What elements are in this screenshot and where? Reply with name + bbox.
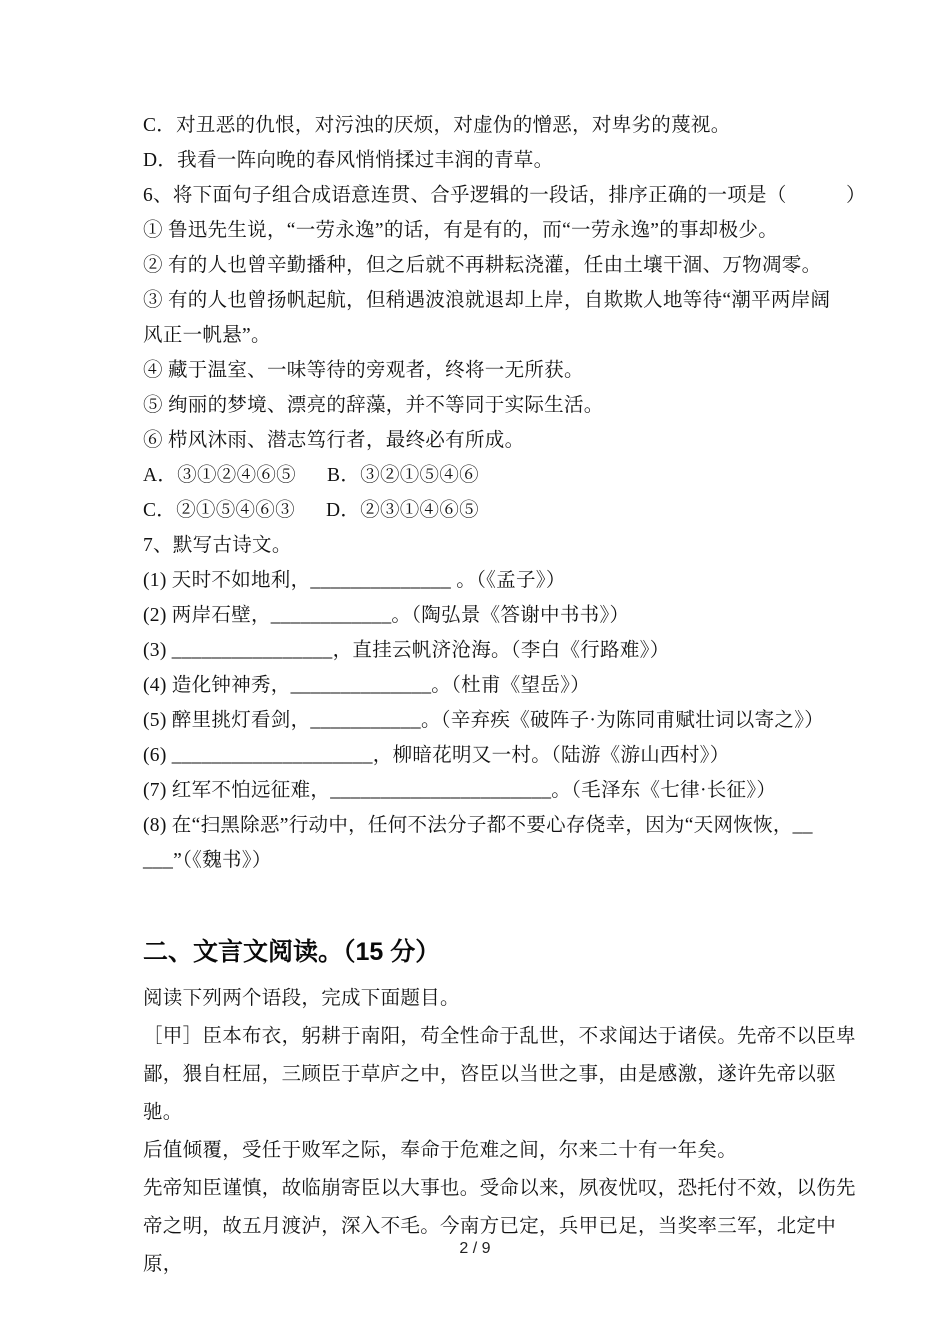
exam-page: C．对丑恶的仇恨，对污浊的厌烦，对虚伪的憎恶，对卑劣的蔑视。D．我看一阵向晚的春… [0, 0, 950, 1344]
q6-item-3-continuation: 风正一帆悬”。 [143, 318, 859, 353]
q7-item-2: (2) 两岸石壁，____________。（陶弘景《答谢中书书》） [143, 598, 859, 633]
q7-item-8-continuation: ___”（《魏书》） [143, 843, 859, 878]
q7-item-3: (3) ________________，直挂云帆济沧海。（李白《行路难》） [143, 633, 859, 668]
passage-jia-line-4: 先帝知臣谨慎，故临崩寄臣以大事也。受命以来，夙夜忧叹，恐托付不效，以伤先 [143, 1170, 859, 1208]
q5-choice-c: C．对丑恶的仇恨，对污浊的厌烦，对虚伪的憎恶，对卑劣的蔑视。 [143, 108, 859, 143]
q7-item-1: (1) 天时不如地利，______________ 。（《孟子》） [143, 563, 859, 598]
passage-jia-line-2: 鄙，猥自枉屈，三顾臣于草庐之中，咨臣以当世之事，由是感激，遂许先帝以驱驰。 [143, 1056, 859, 1132]
q5-choice-d: D．我看一阵向晚的春风悄悄揉过丰润的青草。 [143, 143, 859, 178]
page-footer: 2 / 9 [0, 1240, 950, 1258]
q6-item-4: ④ 藏于温室、一味等待的旁观者，终将一无所获。 [143, 353, 859, 388]
q6-stem: 6、将下面句子组合成语意连贯、合乎逻辑的一段话，排序正确的一项是（ ） [143, 178, 859, 213]
q7-item-4: (4) 造化钟神秀，______________。（杜甫《望岳》） [143, 668, 859, 703]
section-2-intro: 阅读下列两个语段，完成下面题目。 [143, 980, 859, 1018]
q6-item-5: ⑤ 绚丽的梦境、漂亮的辞藻，并不等同于实际生活。 [143, 388, 859, 423]
q6-choices-row-cd: C．②①⑤④⑥③ D．②③①④⑥⑤ [143, 493, 859, 528]
q7-item-6: (6) ____________________，柳暗花明又一村。（陆游《游山西… [143, 738, 859, 773]
page-number: 2 / 9 [459, 1240, 490, 1257]
section-2-heading: 二、文言文阅读。（15 分） [143, 932, 859, 972]
passage-jia-line-1: ［甲］臣本布衣，躬耕于南阳，苟全性命于乱世，不求闻达于诸侯。先帝不以臣卑 [143, 1018, 859, 1056]
passage-jia-line-3: 后值倾覆，受任于败军之际，奉命于危难之间，尔来二十有一年矣。 [143, 1132, 859, 1170]
q7-item-7: (7) 红军不怕远征难，______________________。（毛泽东《… [143, 773, 859, 808]
q6-item-3: ③ 有的人也曾扬帆起航，但稍遇波浪就退却上岸，自欺欺人地等待“潮平两岸阔 [143, 283, 859, 318]
q6-item-6: ⑥ 栉风沐雨、潜志笃行者，最终必有所成。 [143, 423, 859, 458]
q6-choices-row-ab: A．③①②④⑥⑤ B．③②①⑤④⑥ [143, 458, 859, 493]
q7-item-5: (5) 醉里挑灯看剑，___________。（辛弃疾《破阵子·为陈同甫赋壮词以… [143, 703, 859, 738]
q6-item-2: ② 有的人也曾辛勤播种，但之后就不再耕耘浇灌，任由土壤干涸、万物凋零。 [143, 248, 859, 283]
exam-page-content: C．对丑恶的仇恨，对污浊的厌烦，对虚伪的憎恶，对卑劣的蔑视。D．我看一阵向晚的春… [143, 108, 859, 1284]
q7-stem: 7、默写古诗文。 [143, 528, 859, 563]
q6-item-1: ① 鲁迅先生说，“一劳永逸”的话，有是有的，而“一劳永逸”的事却极少。 [143, 213, 859, 248]
q7-item-8: (8) 在“扫黑除恶”行动中，任何不法分子都不要心存侥幸，因为“天网恢恢，__ [143, 808, 859, 843]
